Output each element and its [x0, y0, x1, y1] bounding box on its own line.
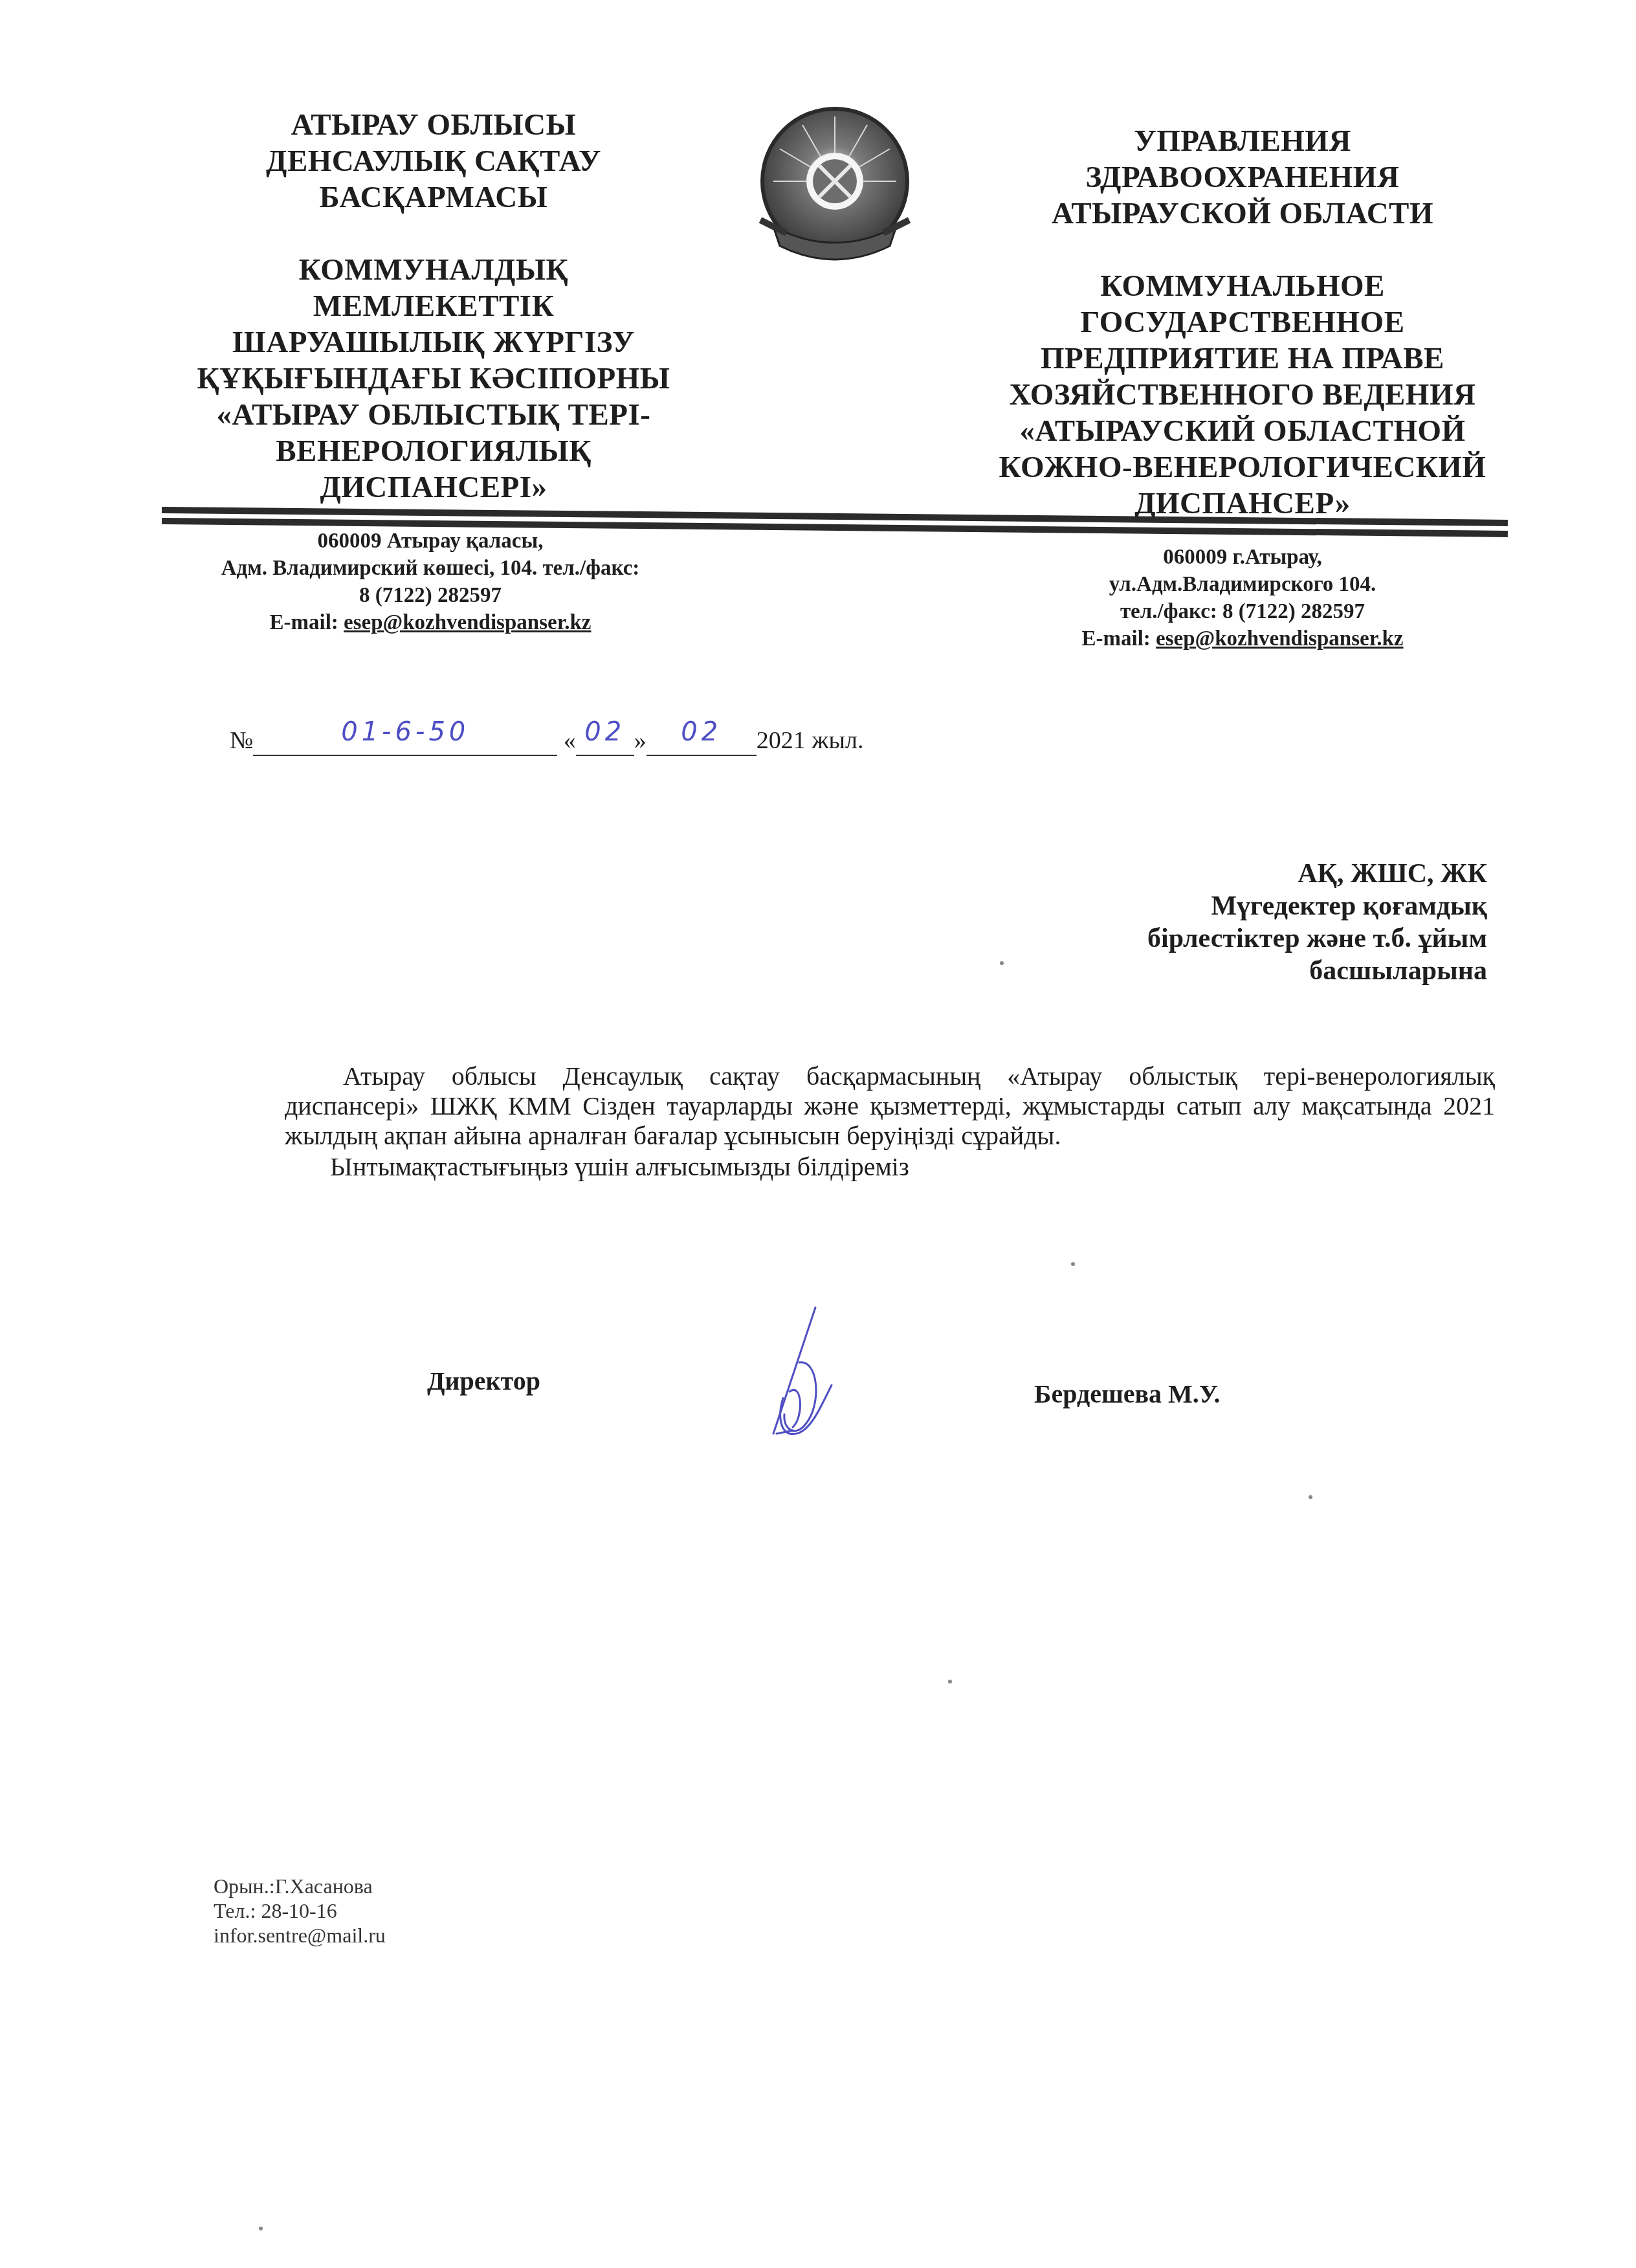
address-line: 8 (7122) 282597	[149, 582, 712, 609]
addressee-line: басшыларына	[1147, 955, 1487, 987]
email-link[interactable]: esep@kozhvendispanser.kz	[344, 611, 591, 634]
open-quote: «	[564, 727, 576, 754]
scan-speck	[1071, 1262, 1075, 1266]
day-field: 02	[576, 725, 634, 756]
enterprise-line: ГОСУДАРСТВЕННОЕ	[964, 304, 1521, 340]
date-day: 02	[584, 717, 625, 747]
handwritten-signature-icon	[744, 1301, 841, 1443]
enterprise-line: КОММУНАЛДЫҚ	[175, 252, 692, 288]
enterprise-line: «АТЫРАУ ОБЛЫСТЫҚ ТЕРІ-	[175, 397, 692, 433]
executor-phone: Тел.: 28-10-16	[214, 1898, 386, 1923]
address-line: 060009 Атырау қаласы,	[149, 528, 712, 555]
enterprise-line: ХОЗЯЙСТВЕННОГО ВЕДЕНИЯ	[964, 377, 1521, 413]
addressee-block: АҚ, ЖШС, ЖК Мүгедектер қоғамдық бірлесті…	[1147, 858, 1487, 987]
enterprise-line: МЕМЛЕКЕТТІК	[175, 288, 692, 324]
header-left-kazakh: АТЫРАУ ОБЛЫСЫ ДЕНСАУЛЫҚ САҚТАУ БАСҚАРМАС…	[175, 107, 692, 506]
org-line: ДЕНСАУЛЫҚ САҚТАУ	[175, 143, 692, 179]
signatory-title: Директор	[427, 1366, 540, 1396]
address-line: 060009 г.Атырау,	[971, 544, 1514, 571]
registration-line: №01-6-50 «02»022021 жыл.	[230, 725, 864, 756]
addressee-line: бірлестіктер және т.б. ұйым	[1147, 922, 1487, 955]
email-label: E-mail:	[1081, 627, 1150, 650]
registration-number: 01-6-50	[341, 717, 469, 747]
email-line: E-mail: esep@kozhvendispanser.kz	[149, 609, 712, 636]
scan-speck	[259, 2227, 263, 2230]
number-sign: №	[230, 727, 253, 754]
address-right: 060009 г.Атырау, ул.Адм.Владимирского 10…	[971, 544, 1514, 652]
year-suffix: 2021 жыл.	[757, 727, 864, 754]
signatory-name: Бердешева М.У.	[1034, 1379, 1221, 1409]
close-quote: »	[634, 727, 647, 754]
scan-speck	[1309, 1495, 1312, 1499]
org-line: БАСҚАРМАСЫ	[175, 179, 692, 216]
org-line: АТЫРАУ ОБЛЫСЫ	[175, 107, 692, 143]
date-month: 02	[681, 717, 722, 747]
email-line: E-mail: esep@kozhvendispanser.kz	[971, 625, 1514, 652]
org-line: АТЫРАУСКОЙ ОБЛАСТИ	[964, 195, 1521, 232]
enterprise-line: ПРЕДПРИЯТИЕ НА ПРАВЕ	[964, 340, 1521, 377]
address-line: тел./факс: 8 (7122) 282597	[971, 598, 1514, 625]
enterprise-line: ШАРУАШЫЛЫҚ ЖҮРГІЗУ	[175, 324, 692, 361]
email-link[interactable]: esep@kozhvendispanser.kz	[1156, 627, 1403, 650]
executor-contact: Орын.:Г.Хасанова Тел.: 28-10-16 infor.se…	[214, 1874, 386, 1948]
scan-speck	[1000, 961, 1004, 965]
body-paragraph-thanks: Ынтымақтастығыңыз үшін алғысымызды білді…	[285, 1152, 1495, 1182]
enterprise-line: ВЕНЕРОЛОГИЯЛЫҚ	[175, 433, 692, 469]
executor-email: infor.sentre@mail.ru	[214, 1923, 386, 1948]
enterprise-line: «АТЫРАУСКИЙ ОБЛАСТНОЙ	[964, 413, 1521, 449]
addressee-line: АҚ, ЖШС, ЖК	[1147, 858, 1487, 890]
letter-body: Атырау облысы Денсаулық сақтау басқармас…	[285, 1062, 1495, 1182]
address-line: Адм. Владимирский көшесі, 104. тел./факс…	[149, 555, 712, 582]
org-line: УПРАВЛЕНИЯ	[964, 123, 1521, 159]
addressee-line: Мүгедектер қоғамдық	[1147, 890, 1487, 922]
enterprise-line: ДИСПАНСЕРІ»	[175, 469, 692, 506]
enterprise-line: КОЖНО-ВЕНЕРОЛОГИЧЕСКИЙ	[964, 449, 1521, 485]
month-field: 02	[647, 725, 757, 756]
executor-name: Орын.:Г.Хасанова	[214, 1874, 386, 1898]
address-left: 060009 Атырау қаласы, Адм. Владимирский …	[149, 528, 712, 636]
email-label: E-mail:	[269, 611, 338, 634]
enterprise-line: ҚҰҚЫҒЫНДАҒЫ КӘСІПОРНЫ	[175, 361, 692, 397]
org-line: ЗДРАВООХРАНЕНИЯ	[964, 159, 1521, 195]
scan-speck	[948, 1680, 952, 1684]
address-line: ул.Адм.Владимирского 104.	[971, 571, 1514, 598]
registration-number-field: 01-6-50	[253, 725, 557, 756]
state-emblem-icon	[735, 104, 935, 272]
body-paragraph-request: Атырау облысы Денсаулық сақтау басқармас…	[285, 1062, 1495, 1151]
header-right-russian: УПРАВЛЕНИЯ ЗДРАВООХРАНЕНИЯ АТЫРАУСКОЙ ОБ…	[964, 123, 1521, 522]
enterprise-line: КОММУНАЛЬНОЕ	[964, 268, 1521, 304]
